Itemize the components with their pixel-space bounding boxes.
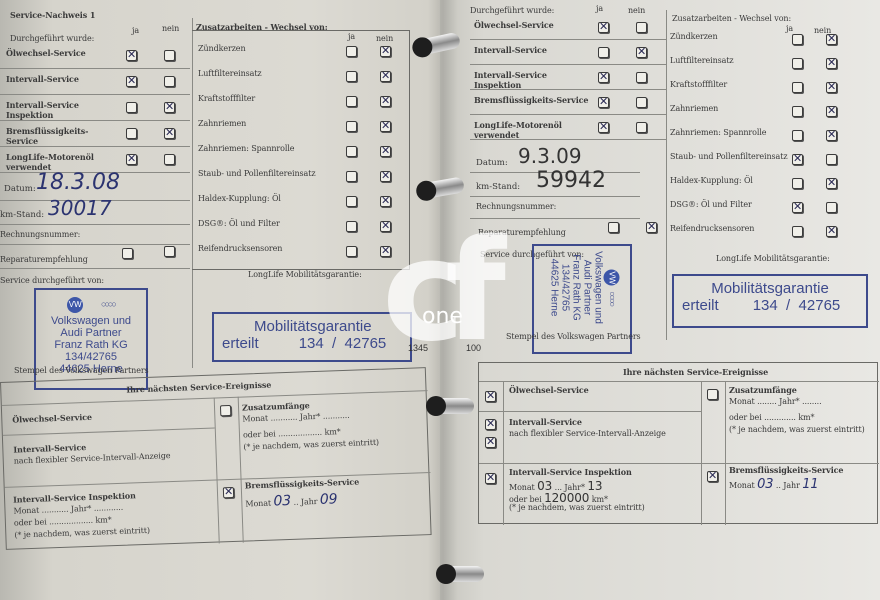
extra-label: Haldex-Kupplung: Öl — [198, 194, 348, 203]
extra-label: Staub- und Pollenfiltereinsatz — [198, 169, 348, 178]
service-nein-checkbox[interactable] — [164, 128, 175, 139]
km-value-right: 59942 — [536, 168, 606, 193]
performed-header-right: Durchgeführt wurde: — [470, 6, 554, 15]
repair-nein-checkbox[interactable] — [164, 246, 175, 257]
extra-right-ja-checkbox[interactable] — [792, 106, 803, 117]
extra-right-label: Staub- und Pollenfiltereinsatz — [670, 152, 790, 161]
extra-right-nein-checkbox[interactable] — [826, 178, 837, 189]
extra-nein-checkbox[interactable] — [380, 46, 391, 57]
extra-ja-checkbox[interactable] — [346, 146, 357, 157]
binder-ring-icon — [430, 398, 474, 414]
service-ja-checkbox[interactable] — [126, 50, 137, 61]
extra-nein-checkbox[interactable] — [380, 171, 391, 182]
km-label: km-Stand: — [0, 210, 44, 220]
extra-right-nein-checkbox[interactable] — [826, 154, 837, 165]
extra-right-label: Reifendrucksensoren — [670, 224, 790, 233]
next-brake-checkbox[interactable] — [223, 487, 234, 498]
extra-nein-checkbox[interactable] — [380, 96, 391, 107]
serviced-by-label: Service durchgeführt von: — [0, 276, 104, 285]
extra-ja-checkbox[interactable] — [346, 121, 357, 132]
extra-right-label: Zündkerzen — [670, 32, 790, 41]
extra-right-ja-checkbox[interactable] — [792, 154, 803, 165]
extra-label: Zahnriemen: Spannrolle — [198, 144, 348, 153]
service-label: Ölwechsel-Service — [6, 48, 116, 58]
extra-right-label: Kraftstofffilter — [670, 80, 790, 89]
page-title: Service-Nachweis 1 — [10, 10, 95, 20]
service-nein-checkbox[interactable] — [164, 50, 175, 61]
audi-rings-icon: ○○○○ — [608, 291, 618, 305]
service-right-ja-checkbox[interactable] — [598, 47, 609, 58]
date-value-right: 9.3.09 — [518, 144, 582, 168]
extra-right-ja-checkbox[interactable] — [792, 178, 803, 189]
service-label: Bremsflüssigkeits-Service — [6, 126, 116, 146]
next-brake-checkbox-right[interactable] — [707, 471, 718, 482]
mobility-stamp-right: Mobilitätsgarantie erteilt134 / 42765 — [672, 274, 868, 328]
extra-right-nein-checkbox[interactable] — [826, 130, 837, 141]
mobility-label: LongLife Mobilitätsgarantie: — [248, 270, 362, 279]
watermark-logo: cf one 1345 100 — [382, 240, 502, 380]
extra-nein-checkbox[interactable] — [380, 71, 391, 82]
service-right-ja-checkbox[interactable] — [598, 97, 609, 108]
extra-label: DSG®: Öl und Filter — [198, 219, 348, 228]
extra-nein-checkbox[interactable] — [380, 146, 391, 157]
service-right-nein-checkbox[interactable] — [636, 122, 647, 133]
service-right-nein-checkbox[interactable] — [636, 47, 647, 58]
service-right-label: Bremsflüssigkeits-Service — [474, 95, 594, 105]
extra-right-nein-checkbox[interactable] — [826, 106, 837, 117]
extra-right-nein-checkbox[interactable] — [826, 82, 837, 93]
extra-ja-checkbox[interactable] — [346, 96, 357, 107]
service-ja-checkbox[interactable] — [126, 76, 137, 87]
extra-right-ja-checkbox[interactable] — [792, 226, 803, 237]
next-extra-checkbox-right[interactable] — [707, 389, 718, 400]
extra-right-ja-checkbox[interactable] — [792, 34, 803, 45]
right-page: Durchgeführt wurde: ja nein Ölwechsel-Se… — [440, 0, 880, 600]
extra-label: Kraftstofffilter — [198, 94, 348, 103]
vw-logo-icon: VW — [67, 297, 83, 313]
extra-label: Zahnriemen — [198, 119, 348, 128]
next-interval-checkbox-right-2[interactable] — [485, 437, 496, 448]
extra-right-nein-checkbox[interactable] — [826, 34, 837, 45]
extra-ja-checkbox[interactable] — [346, 221, 357, 232]
extra-ja-checkbox[interactable] — [346, 246, 357, 257]
extra-ja-checkbox[interactable] — [346, 71, 357, 82]
service-right-ja-checkbox[interactable] — [598, 122, 609, 133]
service-nein-checkbox[interactable] — [164, 154, 175, 165]
service-right-label: LongLife-Motorenöl verwendet — [474, 120, 594, 140]
extra-right-ja-checkbox[interactable] — [792, 82, 803, 93]
next-oil-checkbox-right[interactable] — [485, 391, 496, 402]
extra-right-label: Zahnriemen — [670, 104, 790, 113]
date-value: 18.3.08 — [36, 170, 120, 195]
next-extra-checkbox[interactable] — [220, 405, 231, 416]
repair-label: Reparaturempfehlung — [0, 255, 88, 264]
repair-ja-checkbox[interactable] — [122, 248, 133, 259]
service-label: Intervall-Service Inspektion — [6, 100, 116, 120]
extra-right-label: Luftfiltereinsatz — [670, 56, 790, 65]
extra-right-label: Zahnriemen: Spannrolle — [670, 128, 790, 137]
extra-ja-checkbox[interactable] — [346, 171, 357, 182]
service-right-label: Intervall-Service — [474, 45, 594, 55]
invoice-label: Rechnungsnummer: — [0, 230, 80, 239]
service-ja-checkbox[interactable] — [126, 128, 137, 139]
service-right-label: Ölwechsel-Service — [474, 20, 594, 30]
next-events-box: Ihre nächsten Service-Ereignisse Ölwechs… — [0, 367, 432, 550]
service-label: LongLife-Motorenöl verwendet — [6, 152, 116, 172]
extra-nein-checkbox[interactable] — [380, 121, 391, 132]
performed-header: Durchgeführt wurde: — [10, 34, 94, 43]
vw-logo-icon: VW — [604, 270, 620, 286]
extra-label: Zündkerzen — [198, 44, 348, 53]
col-ja: ja — [132, 26, 139, 35]
repair-ja-checkbox-right[interactable] — [608, 222, 619, 233]
service-nein-checkbox[interactable] — [164, 76, 175, 87]
service-right-nein-checkbox[interactable] — [636, 97, 647, 108]
binder-ring-icon — [440, 566, 484, 582]
extra-right-nein-checkbox[interactable] — [826, 226, 837, 237]
extra-right-ja-checkbox[interactable] — [792, 130, 803, 141]
next-header: Ihre nächsten Service-Ereignisse — [126, 380, 271, 395]
service-right-label: Intervall-Service Inspektion — [474, 70, 594, 90]
next-interval-checkbox-right[interactable] — [485, 419, 496, 430]
service-ja-checkbox[interactable] — [126, 154, 137, 165]
next-inspection-checkbox-right[interactable] — [485, 473, 496, 484]
extra-right-nein-checkbox[interactable] — [826, 58, 837, 69]
extra-right-ja-checkbox[interactable] — [792, 202, 803, 213]
extra-right-ja-checkbox[interactable] — [792, 58, 803, 69]
service-ja-checkbox[interactable] — [126, 102, 137, 113]
service-right-ja-checkbox[interactable] — [598, 22, 609, 33]
audi-rings-icon: ○○○○ — [101, 299, 115, 309]
date-label: Datum: — [4, 184, 36, 194]
extra-right-nein-checkbox[interactable] — [826, 202, 837, 213]
extra-ja-checkbox[interactable] — [346, 196, 357, 207]
stamp-caption: Stempel des Volkswagen Partners — [14, 366, 149, 375]
col-nein: nein — [162, 24, 179, 33]
next-events-box-right: Ihre nächsten Service-Ereignisse Ölwechs… — [478, 362, 878, 524]
extra-right-label: DSG®: Öl und Filter — [670, 200, 790, 209]
left-page: Service-Nachweis 1 ja nein Durchgeführt … — [0, 0, 440, 600]
extra-right-label: Haldex-Kupplung: Öl — [670, 176, 790, 185]
service-right-nein-checkbox[interactable] — [636, 22, 647, 33]
km-value: 30017 — [48, 196, 112, 220]
extra-ja-checkbox[interactable] — [346, 46, 357, 57]
extra-nein-checkbox[interactable] — [380, 196, 391, 207]
service-label: Intervall-Service — [6, 74, 116, 84]
service-right-nein-checkbox[interactable] — [636, 72, 647, 83]
service-right-ja-checkbox[interactable] — [598, 72, 609, 83]
extra-label: Luftfiltereinsatz — [198, 69, 348, 78]
extra-label: Reifendrucksensoren — [198, 244, 348, 253]
repair-nein-checkbox-right[interactable] — [646, 222, 657, 233]
service-nein-checkbox[interactable] — [164, 102, 175, 113]
